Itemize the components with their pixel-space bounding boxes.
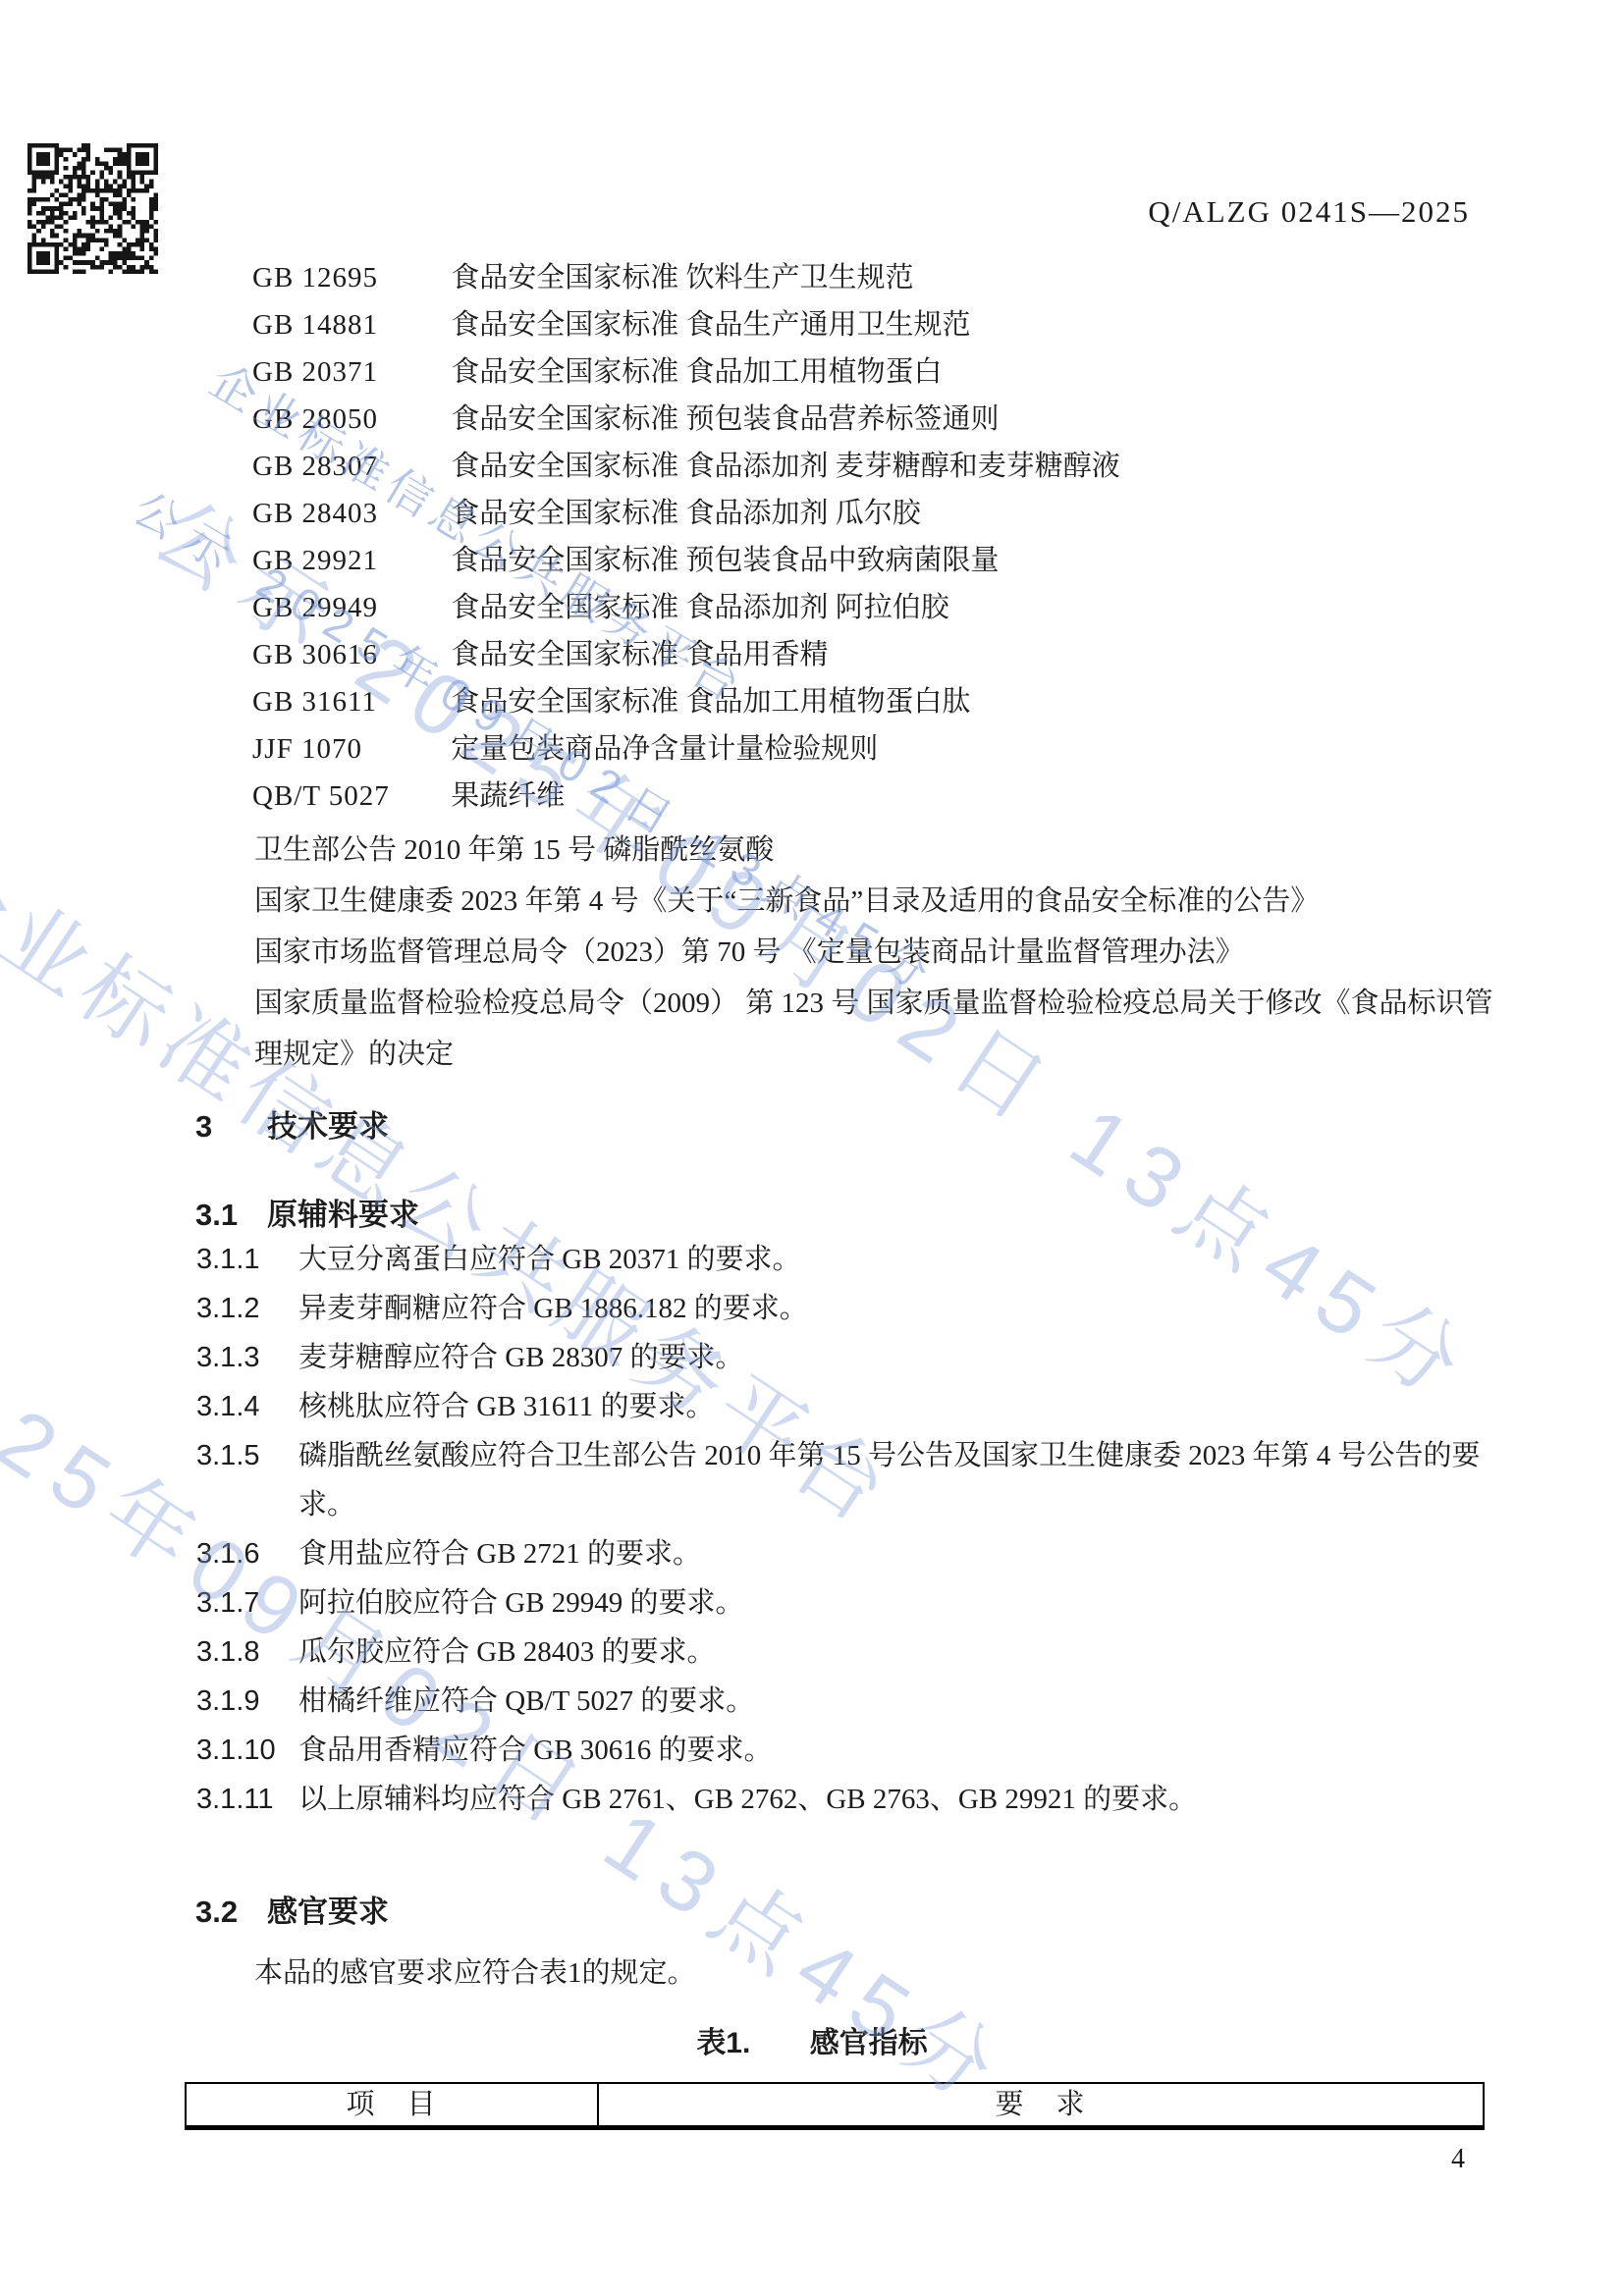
reference-code: GB 12695 — [252, 254, 444, 301]
qr-code — [27, 143, 158, 274]
reference-row: GB 29921 食品安全国家标准 预包装食品中致病菌限量 — [252, 537, 1120, 584]
section-title: 感官要求 — [267, 1895, 389, 1929]
section-3-1-heading: 3.1原辅料要求 — [195, 1190, 419, 1234]
section-number: 3.1 — [195, 1198, 267, 1233]
reference-row: GB 20371 食品安全国家标准 食品加工用植物蛋白 — [252, 348, 1120, 396]
clause-number: 3.1.8 — [196, 1628, 298, 1677]
section-3-2-heading: 3.2感官要求 — [195, 1887, 389, 1931]
clause-number: 3.1.11 — [196, 1775, 298, 1824]
clause-number: 3.1.10 — [196, 1726, 298, 1775]
reference-title: 食品安全国家标准 食品生产通用卫生规范 — [451, 309, 970, 341]
table-caption: 表1. 感官指标 — [0, 2018, 1624, 2061]
reference-title: 食品安全国家标准 食品添加剂 瓜尔胶 — [451, 498, 921, 529]
clause-item: 3.1.9 柑橘纤维应符合 QB/T 5027 的要求。 — [196, 1677, 1504, 1726]
reference-code: QB/T 5027 — [252, 773, 444, 820]
sensory-table: 项 目 要 求 — [185, 2082, 1485, 2130]
table-header-requirement-column: 要 求 — [599, 2084, 1483, 2125]
reference-row: GB 28050 食品安全国家标准 预包装食品营养标签通则 — [252, 396, 1120, 443]
reference-title: 果蔬纤维 — [451, 780, 565, 812]
table-caption-label: 表1. — [696, 2027, 750, 2059]
table-header-item-column: 项 目 — [187, 2084, 599, 2125]
clause-number: 3.1.1 — [196, 1235, 298, 1284]
reference-title: 食品安全国家标准 预包装食品营养标签通则 — [451, 403, 999, 435]
clause-text: 磷脂酰丝氨酸应符合卫生部公告 2010 年第 15 号公告及国家卫生健康委 20… — [298, 1431, 1504, 1529]
clause-number: 3.1.2 — [196, 1284, 298, 1333]
section-number: 3 — [195, 1109, 267, 1145]
reference-code: GB 20371 — [252, 348, 444, 396]
normative-references-list: GB 12695 食品安全国家标准 饮料生产卫生规范 GB 14881 食品安全… — [252, 254, 1120, 820]
page-number: 4 — [1451, 2144, 1465, 2175]
clause-number: 3.1.3 — [196, 1333, 298, 1382]
clause-text: 柑橘纤维应符合 QB/T 5027 的要求。 — [298, 1677, 1504, 1726]
clause-item: 3.1.3 麦芽糖醇应符合 GB 28307 的要求。 — [196, 1333, 1504, 1382]
reference-title: 食品安全国家标准 食品加工用植物蛋白 — [451, 356, 942, 388]
reference-code: GB 29921 — [252, 537, 444, 584]
reference-code: GB 29949 — [252, 584, 444, 631]
clause-text: 食品用香精应符合 GB 30616 的要求。 — [298, 1726, 1504, 1775]
clause-number: 3.1.4 — [196, 1382, 298, 1431]
reference-title: 定量包装商品净含量计量检验规则 — [451, 733, 878, 765]
clause-text: 异麦芽酮糖应符合 GB 1886.182 的要求。 — [298, 1284, 1504, 1333]
clause-item: 3.1.11 以上原辅料均应符合 GB 2761、GB 2762、GB 2763… — [196, 1775, 1504, 1824]
reference-code: GB 30616 — [252, 631, 444, 678]
announcement-item: 国家质量监督检验检疫总局令（2009） 第 123 号 国家质量监督检验检疫总局… — [254, 978, 1503, 1080]
clause-text: 核桃肽应符合 GB 31611 的要求。 — [298, 1382, 1504, 1431]
reference-code: GB 14881 — [252, 301, 444, 348]
reference-row: GB 28403 食品安全国家标准 食品添加剂 瓜尔胶 — [252, 490, 1120, 537]
reference-title: 食品安全国家标准 食品添加剂 阿拉伯胶 — [451, 592, 949, 623]
sensory-intro-text: 本品的感官要求应符合表1的规定。 — [254, 1949, 696, 1998]
reference-row: GB 28307 食品安全国家标准 食品添加剂 麦芽糖醇和麦芽糖醇液 — [252, 443, 1120, 490]
document-page: Q/ALZG 0241S—2025 企业标准信息公共服务平台 公示 2025年0… — [0, 0, 1624, 2296]
section-number: 3.2 — [195, 1895, 267, 1930]
section-3-heading: 3技术要求 — [195, 1101, 389, 1146]
reference-row: GB 30616 食品安全国家标准 食品用香精 — [252, 631, 1120, 678]
announcement-item: 国家市场监督管理总局令（2023）第 70 号 《定量包装商品计量监督管理办法》 — [254, 927, 1503, 978]
reference-title: 食品安全国家标准 饮料生产卫生规范 — [451, 262, 913, 294]
clause-text: 以上原辅料均应符合 GB 2761、GB 2762、GB 2763、GB 299… — [298, 1775, 1504, 1824]
reference-title: 食品安全国家标准 食品添加剂 麦芽糖醇和麦芽糖醇液 — [451, 451, 1120, 482]
reference-row: GB 31611 食品安全国家标准 食品加工用植物蛋白肽 — [252, 678, 1120, 725]
clause-item: 3.1.5 磷脂酰丝氨酸应符合卫生部公告 2010 年第 15 号公告及国家卫生… — [196, 1431, 1504, 1529]
clause-item: 3.1.10 食品用香精应符合 GB 30616 的要求。 — [196, 1726, 1504, 1775]
clause-text: 食用盐应符合 GB 2721 的要求。 — [298, 1529, 1504, 1578]
clause-item: 3.1.8 瓜尔胶应符合 GB 28403 的要求。 — [196, 1628, 1504, 1677]
reference-code: GB 28403 — [252, 490, 444, 537]
section-title: 原辅料要求 — [267, 1198, 419, 1232]
reference-title: 食品安全国家标准 预包装食品中致病菌限量 — [451, 545, 999, 576]
announcement-item: 国家卫生健康委 2023 年第 4 号《关于“三新食品”目录及适用的食品安全标准… — [254, 876, 1503, 927]
announcement-references: 卫生部公告 2010 年第 15 号 磷脂酰丝氨酸 国家卫生健康委 2023 年… — [254, 825, 1503, 1080]
clause-list: 3.1.1 大豆分离蛋白应符合 GB 20371 的要求。 3.1.2 异麦芽酮… — [196, 1235, 1504, 1824]
clause-number: 3.1.5 — [196, 1431, 298, 1529]
reference-code: JJF 1070 — [252, 725, 444, 773]
clause-number: 3.1.6 — [196, 1529, 298, 1578]
clause-item: 3.1.4 核桃肽应符合 GB 31611 的要求。 — [196, 1382, 1504, 1431]
reference-row: GB 29949 食品安全国家标准 食品添加剂 阿拉伯胶 — [252, 584, 1120, 631]
reference-row: QB/T 5027 果蔬纤维 — [252, 773, 1120, 820]
reference-code: GB 28307 — [252, 443, 444, 490]
section-title: 技术要求 — [267, 1109, 389, 1144]
clause-item: 3.1.1 大豆分离蛋白应符合 GB 20371 的要求。 — [196, 1235, 1504, 1284]
clause-item: 3.1.7 阿拉伯胶应符合 GB 29949 的要求。 — [196, 1578, 1504, 1628]
clause-item: 3.1.6 食用盐应符合 GB 2721 的要求。 — [196, 1529, 1504, 1578]
clause-item: 3.1.2 异麦芽酮糖应符合 GB 1886.182 的要求。 — [196, 1284, 1504, 1333]
announcement-item: 卫生部公告 2010 年第 15 号 磷脂酰丝氨酸 — [254, 825, 1503, 876]
clause-number: 3.1.9 — [196, 1677, 298, 1726]
reference-title: 食品安全国家标准 食品用香精 — [451, 639, 828, 670]
reference-row: JJF 1070 定量包装商品净含量计量检验规则 — [252, 725, 1120, 773]
clause-text: 大豆分离蛋白应符合 GB 20371 的要求。 — [298, 1235, 1504, 1284]
reference-code: GB 28050 — [252, 396, 444, 443]
reference-title: 食品安全国家标准 食品加工用植物蛋白肽 — [451, 686, 970, 718]
reference-row: GB 14881 食品安全国家标准 食品生产通用卫生规范 — [252, 301, 1120, 348]
clause-text: 瓜尔胶应符合 GB 28403 的要求。 — [298, 1628, 1504, 1677]
reference-row: GB 12695 食品安全国家标准 饮料生产卫生规范 — [252, 254, 1120, 301]
table-caption-title: 感官指标 — [810, 2027, 928, 2059]
clause-text: 阿拉伯胶应符合 GB 29949 的要求。 — [298, 1578, 1504, 1628]
reference-code: GB 31611 — [252, 678, 444, 725]
clause-number: 3.1.7 — [196, 1578, 298, 1628]
header-standard-code: Q/ALZG 0241S—2025 — [1148, 194, 1470, 230]
clause-text: 麦芽糖醇应符合 GB 28307 的要求。 — [298, 1333, 1504, 1382]
